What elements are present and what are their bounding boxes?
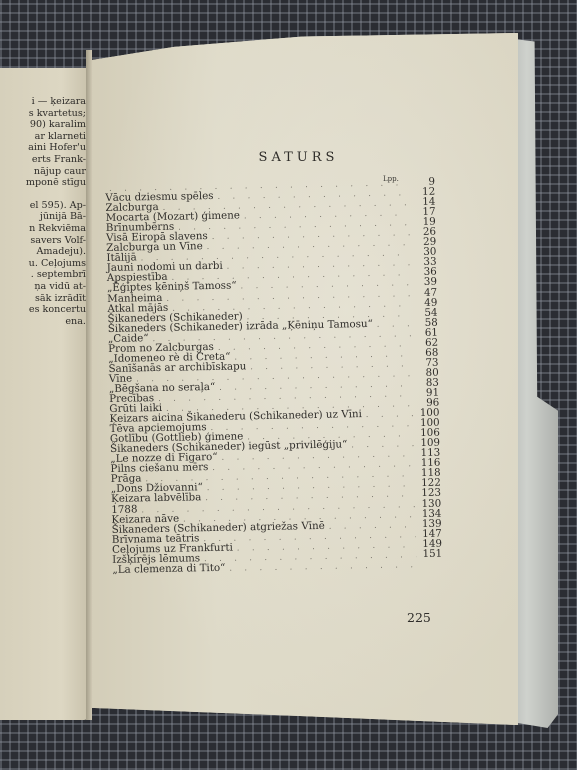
text-line: el 595). Ap- <box>0 200 86 212</box>
table-of-contents: 9 Vācu dziesmu spēles12 Zalcburga14 Moca… <box>105 177 442 575</box>
text-line: jūnijā Bā- <box>0 211 86 223</box>
text-line: es koncertu <box>0 304 86 316</box>
text-line: sāk izrādīt <box>0 293 86 305</box>
text-line: 90) karalim <box>0 119 86 131</box>
text-line: nājup caur <box>0 166 86 178</box>
text-line: ņa vidū at- <box>0 281 86 293</box>
toc-heading: SATURS <box>0 150 577 165</box>
text-line: n Rekviēma <box>0 223 86 235</box>
toc-title: „La clemenza di Tito“ <box>112 562 229 574</box>
text-line: ar klarneti <box>0 131 86 143</box>
text-line: mponē stīgu <box>0 177 86 189</box>
left-page-text: i — ķeizara s kvartetus; 90) karalim ar … <box>0 96 86 327</box>
text-line: u. Ceļojums <box>0 258 86 270</box>
text-line: i — ķeizara <box>0 96 86 108</box>
left-page: i — ķeizara s kvartetus; 90) karalim ar … <box>0 68 88 720</box>
text-line: s kvartetus; <box>0 108 86 120</box>
text-line: ena. <box>0 316 86 328</box>
paragraph-gap <box>0 189 86 200</box>
page-number: 225 <box>407 610 431 625</box>
toc-page: 151 <box>416 548 442 559</box>
text-line: Amadeju). <box>0 246 86 258</box>
text-line: . septembrī <box>0 269 86 281</box>
leader-dots <box>377 319 412 330</box>
text-line: savers Volf- <box>0 235 86 247</box>
